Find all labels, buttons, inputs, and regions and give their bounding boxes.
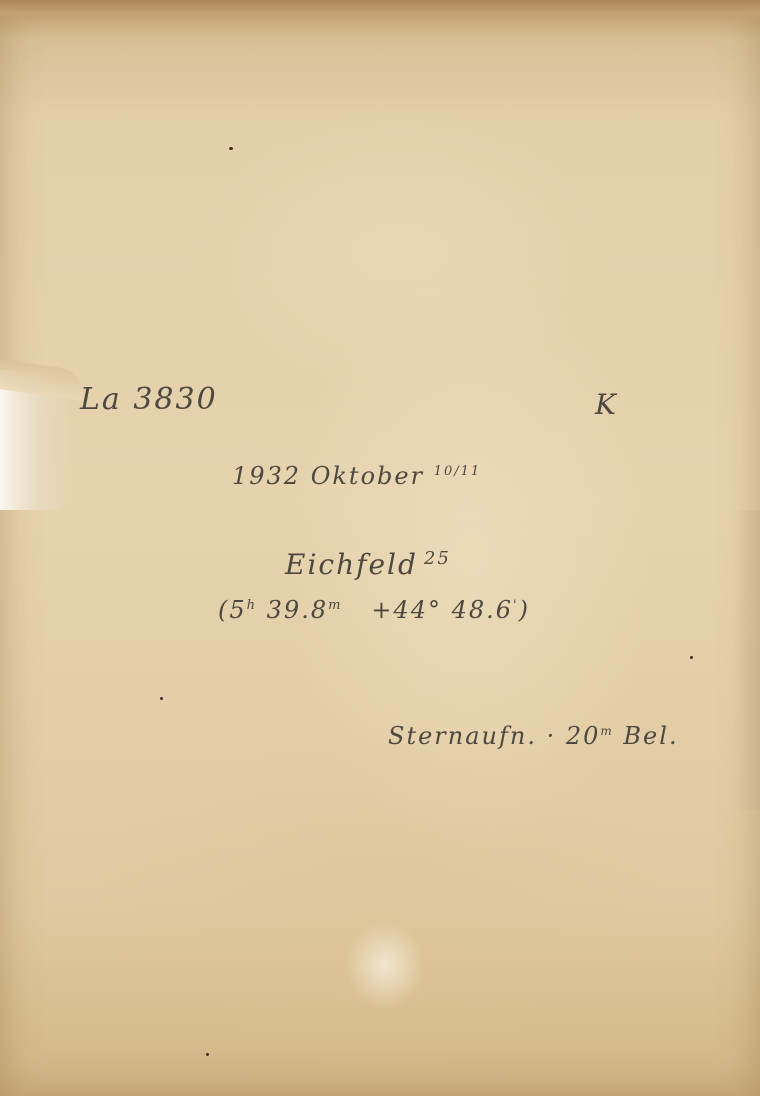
exposure-note: Sternaufn. · 20m Bel. <box>388 722 679 750</box>
ra-minutes: 39.8 <box>267 596 328 624</box>
ra-hours-unit: h <box>247 598 257 613</box>
coords-open: (5 <box>218 596 247 624</box>
coords-close: ) <box>519 596 530 624</box>
corner-mark: K <box>595 388 618 421</box>
field-label: Eichfeld25 <box>285 548 451 581</box>
note-text: Sternaufn. · 20 <box>388 722 600 750</box>
coordinates: (5h 39.8m +44° 48.6') <box>218 596 530 624</box>
note-suffix: Bel. <box>623 722 678 750</box>
ink-speck <box>229 147 233 150</box>
top-fold-edge <box>0 0 760 22</box>
ink-speck <box>206 1053 209 1056</box>
field-number: 25 <box>424 548 451 569</box>
observation-date: 1932 Oktober 10/11 <box>232 462 481 490</box>
catalog-id: La 3830 <box>80 382 218 417</box>
right-edge-wear <box>736 510 760 810</box>
date-days: 10/11 <box>434 464 481 479</box>
field-name: Eichfeld <box>285 548 418 581</box>
ink-speck <box>690 656 693 659</box>
note-unit: m <box>600 724 613 738</box>
ink-speck <box>160 697 163 700</box>
ra-minutes-unit: m <box>328 598 342 613</box>
declination: +44° 48.6 <box>371 596 513 624</box>
date-year-month: 1932 Oktober <box>232 462 424 490</box>
bottom-tear <box>330 910 440 1020</box>
